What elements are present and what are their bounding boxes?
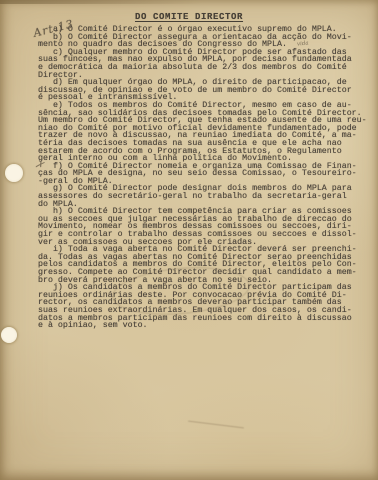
scanned-document-page: DO COMITE DIRECTOR Art.13 vida ✗ a) O Co…	[0, 0, 378, 480]
paragraph-h: h) O Comité Director tem competência par…	[38, 208, 372, 246]
scratch-mark	[188, 421, 244, 429]
paragraph-e: e) Todos os membros do Comité Director, …	[38, 102, 372, 163]
paragraph-c: c) Qualquer membro do Comité Director po…	[38, 49, 372, 79]
punch-hole-top	[5, 164, 23, 182]
paragraph-b: b) O Comité Director assegura a orientac…	[38, 34, 372, 49]
paragraph-d: d) Em qualquer órgao do MPLA, o direito …	[38, 79, 372, 102]
page-top-edge-shadow	[0, 0, 200, 4]
punch-hole-bottom	[1, 327, 17, 343]
paragraph-f: f) O Comité Director nomeia e organiza u…	[38, 163, 372, 186]
paragraph-g: g) O Comité Director pode designar dois …	[38, 185, 372, 208]
